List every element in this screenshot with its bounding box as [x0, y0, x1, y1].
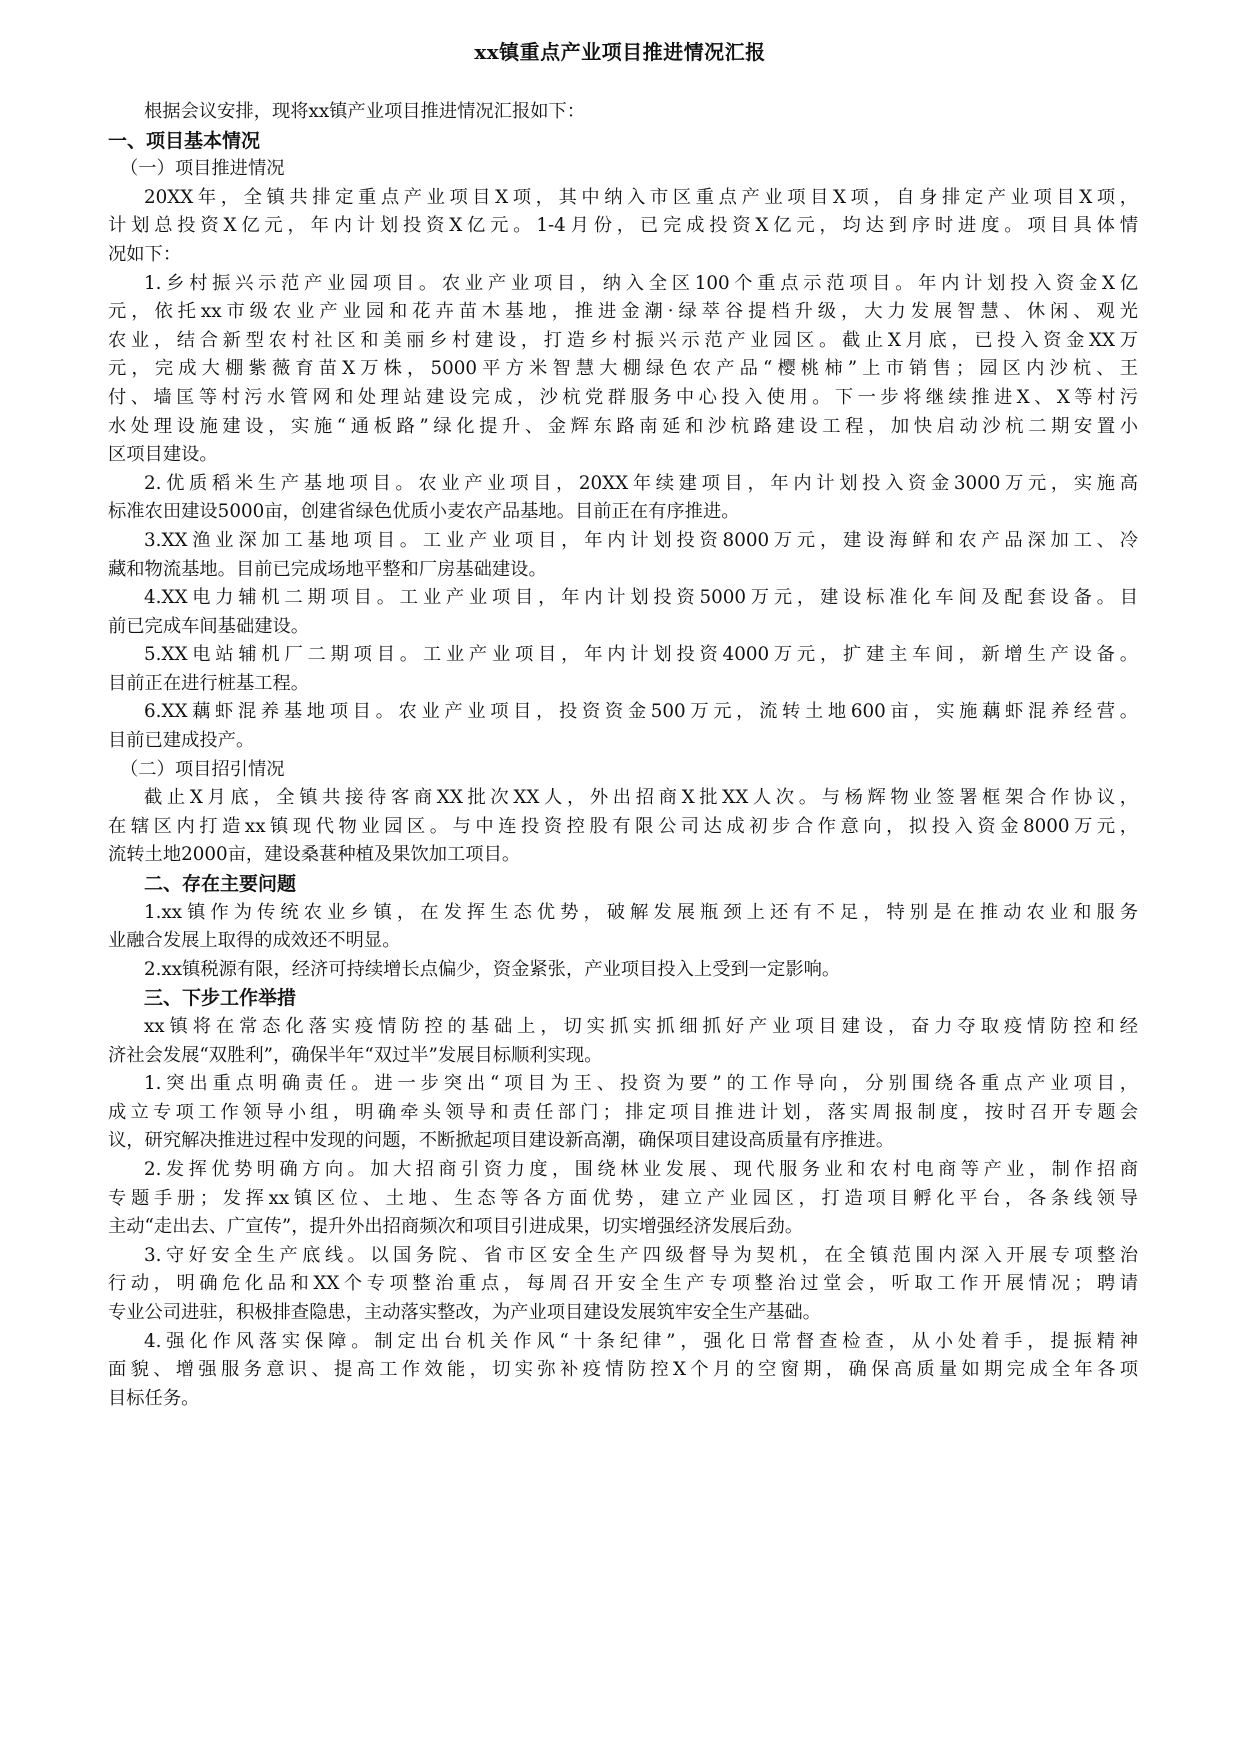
text-line: 元，完成大棚紫薇育苗X万株，5000平方米智慧大棚绿色农产品“樱桃柿”上市销售；…	[108, 355, 1138, 384]
text-line: 3.XX渔业深加工基地项目。工业产业项目，年内计划投资8000万元，建设海鲜和农…	[108, 527, 1138, 556]
text-line: 付、墙匡等村污水管网和处理站建设完成，沙杭党群服务中心投入使用。下一步将继续推进…	[108, 384, 1138, 413]
text-line: 前已完成车间基础建设。	[108, 613, 1138, 642]
text-line: 专业公司进驻，积极排查隐患，主动落实整改，为产业项目建设发展筑牢安全生产基础。	[108, 1299, 1138, 1328]
text-line: 水处理设施建设，实施“通板路”绿化提升、金辉东路南延和沙杭路建设工程，加快启动沙…	[108, 413, 1138, 442]
text-line: 业融合发展上取得的成效还不明显。	[108, 927, 1138, 956]
project-item-5: 5.XX电站辅机厂二期项目。工业产业项目，年内计划投资4000万元，扩建主车间，…	[108, 641, 1138, 698]
text-line: 行动，明确危化品和XX个专项整治重点，每周召开安全生产专项整治过堂会，听取工作开…	[108, 1270, 1138, 1299]
project-item-6: 6.XX藕虾混养基地项目。农业产业项目，投资资金500万元，流转土地600亩，实…	[108, 698, 1138, 755]
project-item-4: 4.XX电力辅机二期项目。工业产业项目，年内计划投资5000万元，建设标准化车间…	[108, 584, 1138, 641]
text-line: 议，研究解决推进过程中发现的问题，不断掀起项目建设新高潮，确保项目建设高质量有序…	[108, 1127, 1138, 1156]
text-line: 4.XX电力辅机二期项目。工业产业项目，年内计划投资5000万元，建设标准化车间…	[108, 584, 1138, 613]
intro-paragraph: 根据会议安排，现将xx镇产业项目推进情况汇报如下：	[108, 98, 1138, 127]
text-line: 5.XX电站辅机厂二期项目。工业产业项目，年内计划投资4000万元，扩建主车间，…	[108, 641, 1138, 670]
text-line: 1.乡村振兴示范产业园项目。农业产业项目，纳入全区100个重点示范项目。年内计划…	[108, 270, 1138, 299]
text-line: 3.守好安全生产底线。以国务院、省市区安全生产四级督导为契机，在全镇范围内深入开…	[108, 1242, 1138, 1271]
measure-item-4: 4.强化作风落实保障。制定出台机关作风“十条纪律”，强化日常督查检查，从小处着手…	[108, 1328, 1138, 1414]
text-line: 1.xx镇作为传统农业乡镇，在发挥生态优势，破解发展瓶颈上还有不足，特别是在推动…	[108, 899, 1138, 928]
text-line: 在辖区内打造xx镇现代物业园区。与中连投资控股有限公司达成初步合作意向，拟投入资…	[108, 813, 1138, 842]
text-line: 成立专项工作领导小组，明确牵头领导和责任部门；排定项目推进计划，落实周报制度，按…	[108, 1099, 1138, 1128]
text-line: 目前正在进行桩基工程。	[108, 670, 1138, 699]
investment-attraction-paragraph: 截止X月底，全镇共接待客商XX批次XX人，外出招商X批XX人次。与杨辉物业签署框…	[108, 784, 1138, 870]
project-item-2: 2.优质稻米生产基地项目。农业产业项目，20XX年续建项目，年内计划投入资金30…	[108, 470, 1138, 527]
text-line: 藏和物流基地。目前已完成场地平整和厂房基础建设。	[108, 556, 1138, 585]
document-body: 根据会议安排，现将xx镇产业项目推进情况汇报如下： 一、项目基本情况 （一）项目…	[108, 98, 1138, 1413]
text-line: 农业，结合新型农村社区和美丽乡村建设，打造乡村振兴示范产业园区。截止X月底，已投…	[108, 327, 1138, 356]
section-1-heading: 一、项目基本情况	[108, 127, 1138, 156]
document-title: xx镇重点产业项目推进情况汇报	[0, 36, 1240, 65]
measure-item-2: 2.发挥优势明确方向。加大招商引资力度，围绕林业发展、现代服务业和农村电商等产业…	[108, 1156, 1138, 1242]
text-line: 主动“走出去、广宣传”，提升外出招商频次和项目引进成果，切实增强经济发展后劲。	[108, 1213, 1138, 1242]
text-line: 截止X月底，全镇共接待客商XX批次XX人，外出招商X批XX人次。与杨辉物业签署框…	[108, 784, 1138, 813]
text-line: 元，依托xx市级农业产业园和花卉苗木基地，推进金潮·绿萃谷提档升级，大力发展智慧…	[108, 298, 1138, 327]
overview-paragraph: 20XX年，全镇共排定重点产业项目X项，其中纳入市区重点产业项目X项，自身排定产…	[108, 184, 1138, 270]
section-3-heading: 三、下步工作举措	[108, 984, 1138, 1013]
problem-item-1: 1.xx镇作为传统农业乡镇，在发挥生态优势，破解发展瓶颈上还有不足，特别是在推动…	[108, 899, 1138, 956]
text-line: 6.XX藕虾混养基地项目。农业产业项目，投资资金500万元，流转土地600亩，实…	[108, 698, 1138, 727]
measure-item-3: 3.守好安全生产底线。以国务院、省市区安全生产四级督导为契机，在全镇范围内深入开…	[108, 1242, 1138, 1328]
text-line: 1.突出重点明确责任。进一步突出“项目为王、投资为要”的工作导向，分别围绕各重点…	[108, 1070, 1138, 1099]
document-page: xx镇重点产业项目推进情况汇报 根据会议安排，现将xx镇产业项目推进情况汇报如下…	[0, 0, 1240, 1754]
text-line: 况如下：	[108, 241, 1138, 270]
text-line: 2.xx镇税源有限，经济可持续增长点偏少，资金紧张，产业项目投入上受到一定影响。	[108, 956, 1138, 985]
text-line: 标准农田建设5000亩，创建省绿色优质小麦农产品基地。目前正在有序推进。	[108, 498, 1138, 527]
text-line: 20XX年，全镇共排定重点产业项目X项，其中纳入市区重点产业项目X项，自身排定产…	[108, 184, 1138, 213]
project-item-3: 3.XX渔业深加工基地项目。工业产业项目，年内计划投资8000万元，建设海鲜和农…	[108, 527, 1138, 584]
subsection-2-heading: （二）项目招引情况	[108, 756, 1138, 785]
text-line: 面貌、增强服务意识、提高工作效能，切实弥补疫情防控X个月的空窗期，确保高质量如期…	[108, 1356, 1138, 1385]
text-line: 专题手册；发挥xx镇区位、土地、生态等各方面优势，建立产业园区，打造项目孵化平台…	[108, 1185, 1138, 1214]
measures-intro-paragraph: xx镇将在常态化落实疫情防控的基础上，切实抓实抓细抓好产业项目建设，奋力夺取疫情…	[108, 1013, 1138, 1070]
text-line: 2.优质稻米生产基地项目。农业产业项目，20XX年续建项目，年内计划投入资金30…	[108, 470, 1138, 499]
problem-item-2: 2.xx镇税源有限，经济可持续增长点偏少，资金紧张，产业项目投入上受到一定影响。	[108, 956, 1138, 985]
project-item-1: 1.乡村振兴示范产业园项目。农业产业项目，纳入全区100个重点示范项目。年内计划…	[108, 270, 1138, 470]
text-line: 计划总投资X亿元，年内计划投资X亿元。1-4月份，已完成投资X亿元，均达到序时进…	[108, 212, 1138, 241]
subsection-1-heading: （一）项目推进情况	[108, 155, 1138, 184]
text-line: 流转土地2000亩，建设桑葚种植及果饮加工项目。	[108, 841, 1138, 870]
section-2-heading: 二、存在主要问题	[108, 870, 1138, 899]
text-line: 区项目建设。	[108, 441, 1138, 470]
measure-item-1: 1.突出重点明确责任。进一步突出“项目为王、投资为要”的工作导向，分别围绕各重点…	[108, 1070, 1138, 1156]
text-line: 济社会发展“双胜利”，确保半年“双过半”发展目标顺利实现。	[108, 1042, 1138, 1071]
text-line: 2.发挥优势明确方向。加大招商引资力度，围绕林业发展、现代服务业和农村电商等产业…	[108, 1156, 1138, 1185]
text-line: 目前已建成投产。	[108, 727, 1138, 756]
text-line: 4.强化作风落实保障。制定出台机关作风“十条纪律”，强化日常督查检查，从小处着手…	[108, 1328, 1138, 1357]
text-line: 目标任务。	[108, 1385, 1138, 1414]
text-line: xx镇将在常态化落实疫情防控的基础上，切实抓实抓细抓好产业项目建设，奋力夺取疫情…	[108, 1013, 1138, 1042]
